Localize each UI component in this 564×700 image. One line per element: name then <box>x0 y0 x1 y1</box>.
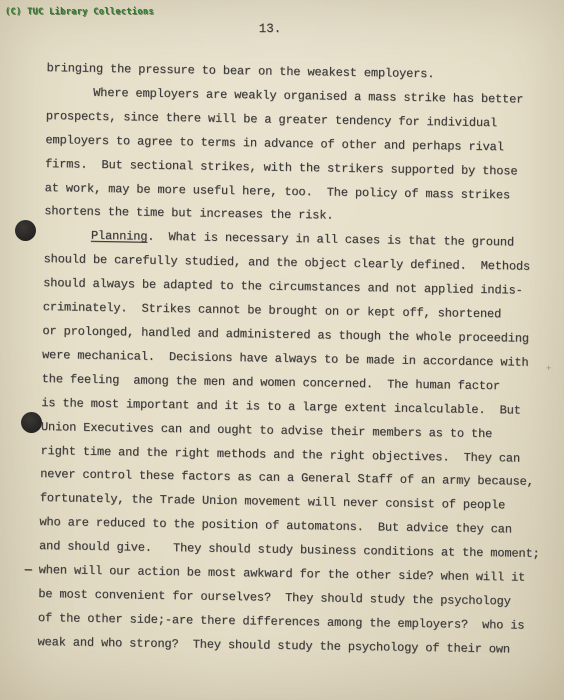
underlined-heading-word: Planning <box>91 229 148 244</box>
scanned-document-page: (C) TUC Library Collections 13. + bringi… <box>0 0 564 700</box>
margin-dash-mark: — <box>24 559 31 583</box>
punch-hole-mark-middle <box>21 412 42 433</box>
stray-pencil-mark: + <box>546 364 551 374</box>
copyright-watermark: (C) TUC Library Collections <box>5 7 154 17</box>
typewritten-text-body: bringing the pressure to bear on the wea… <box>37 57 548 662</box>
punch-hole-mark-top <box>15 220 36 241</box>
page-number: 13. <box>0 22 540 36</box>
